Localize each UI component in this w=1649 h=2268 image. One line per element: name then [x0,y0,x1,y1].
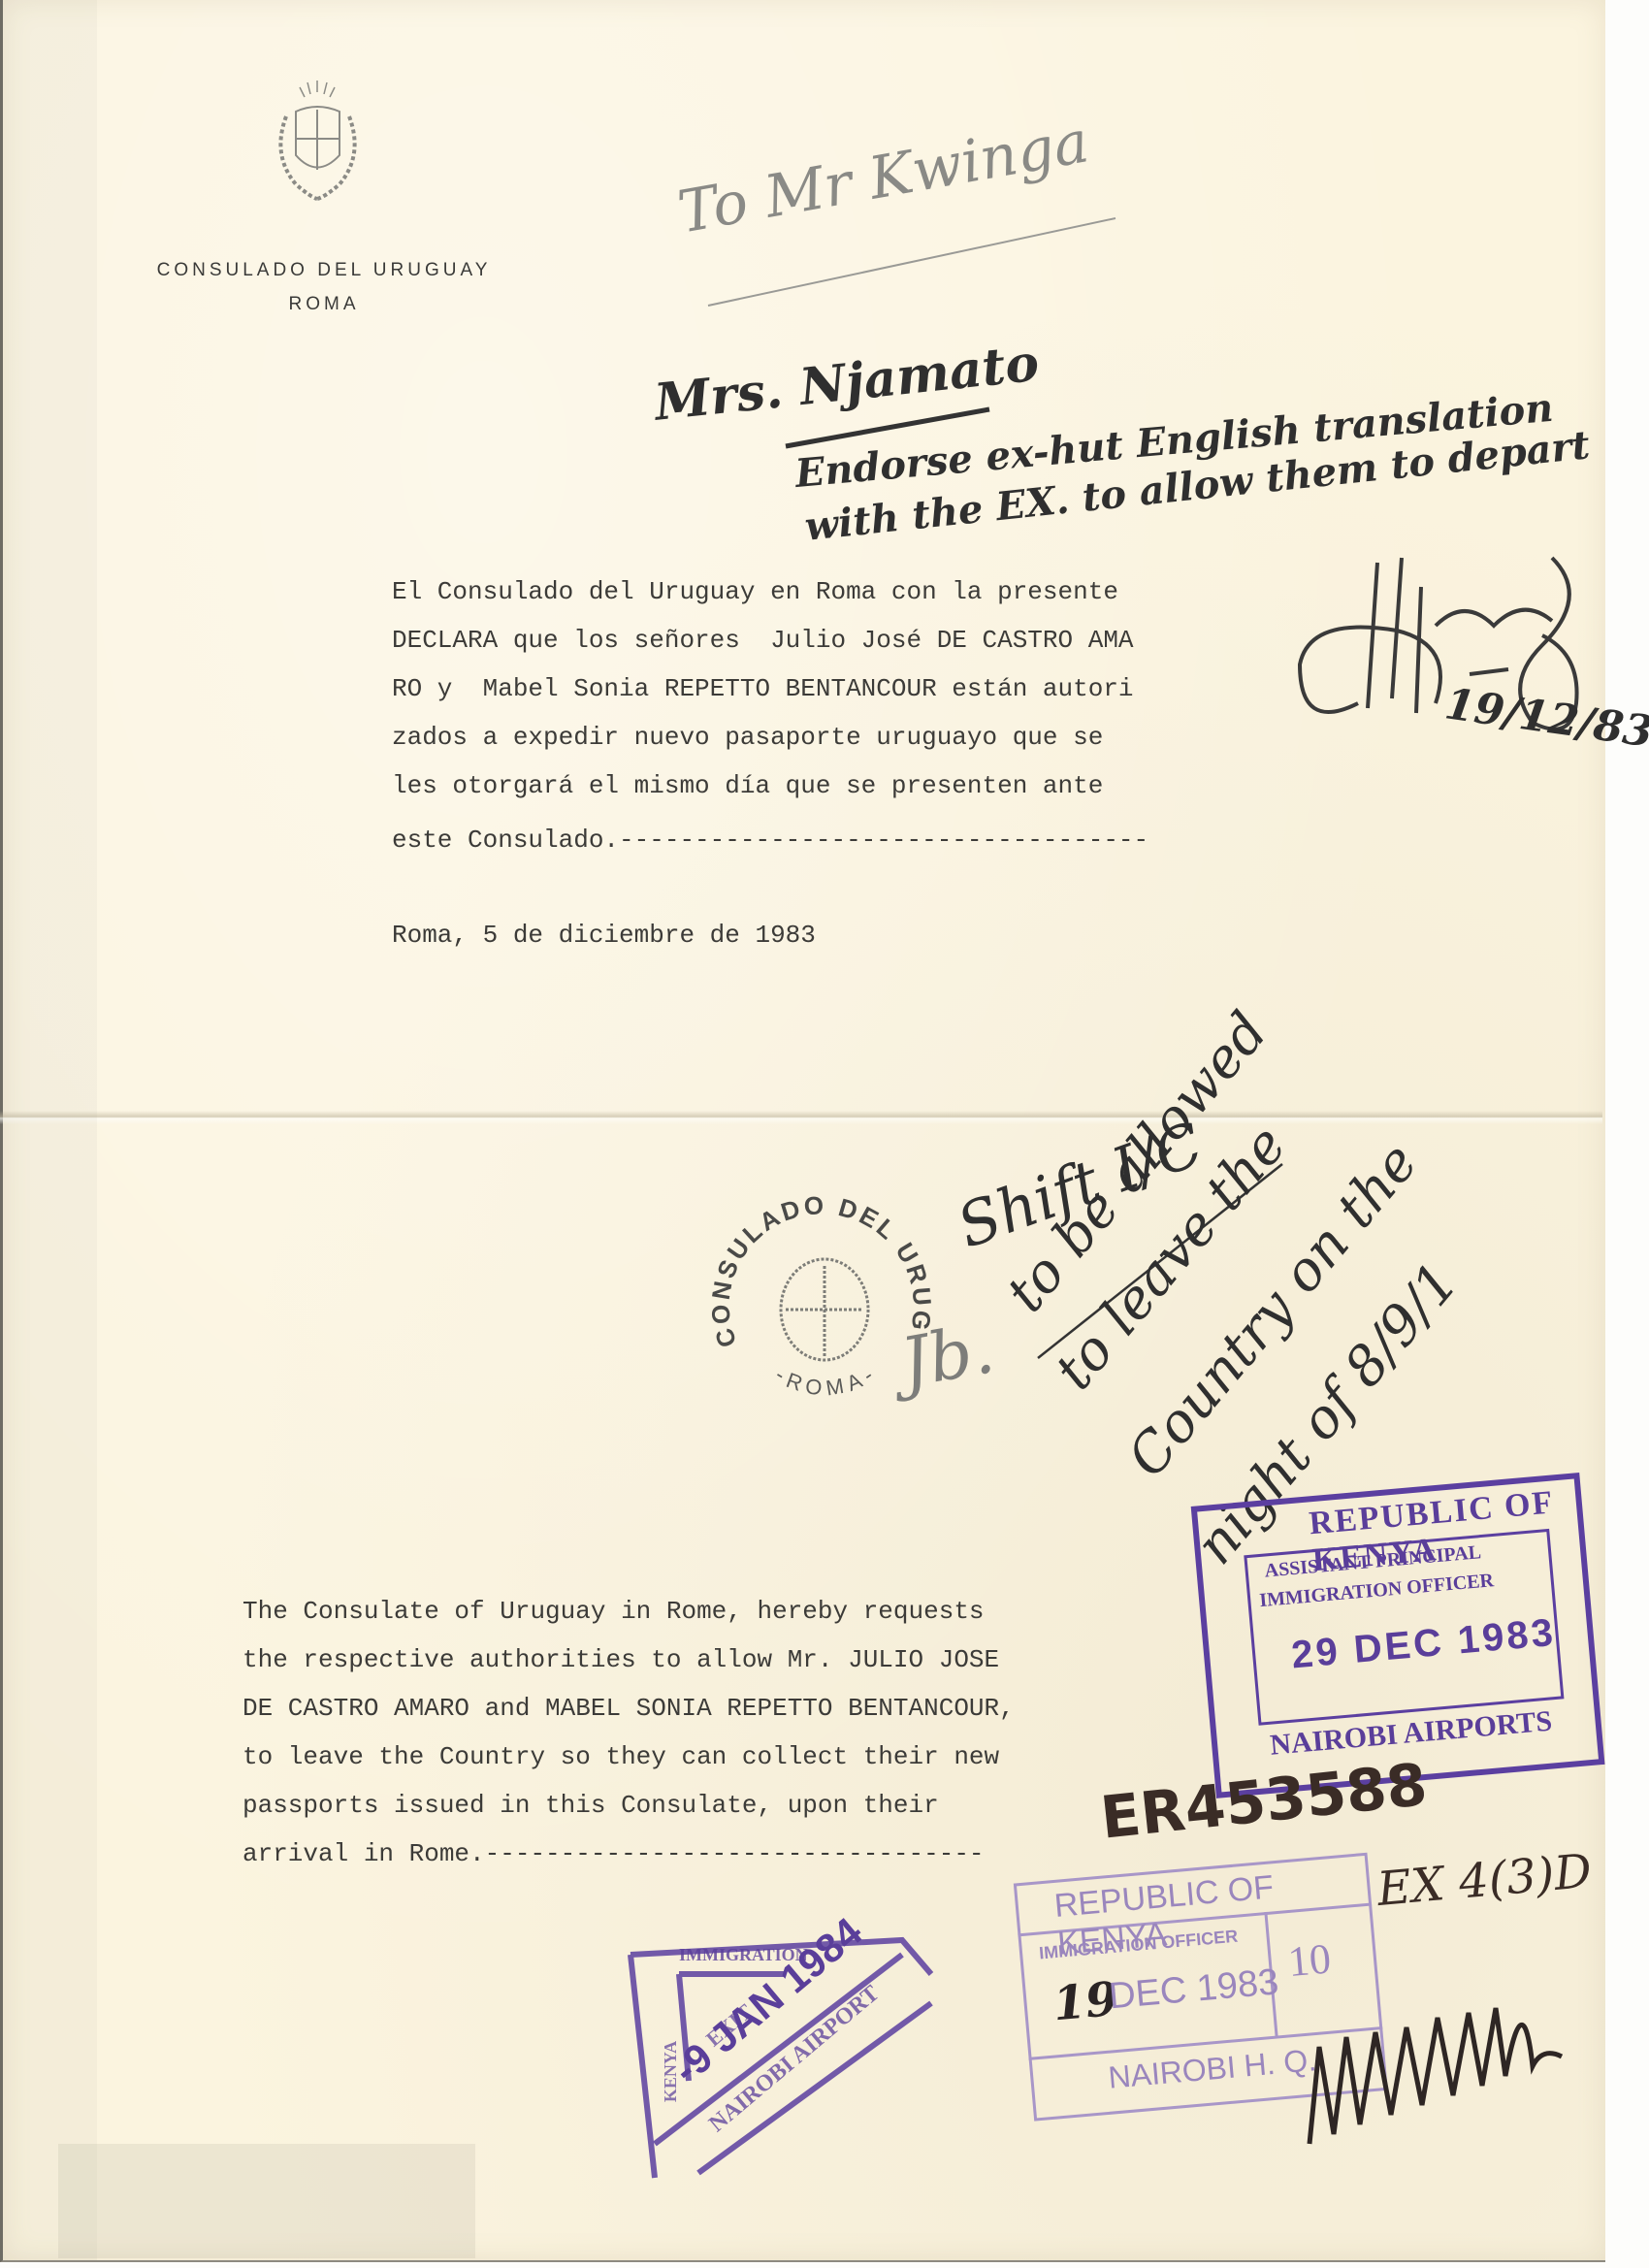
declaration-line: zados a expedir nuevo pasaporte uruguayo… [392,725,1103,750]
letterhead-title: CONSULADO DEL URUGUAY [130,260,518,281]
paper-fold [0,1111,1602,1124]
request-line: to leave the Country so they can collect… [242,1744,999,1769]
declaration-line: RO y Mabel Sonia REPETTO BENTANCOUR está… [392,676,1134,701]
declaration-line: El Consulado del Uruguay en Roma con la … [392,579,1118,604]
left-edge-shadow [0,0,97,2260]
request-line: passports issued in this Consulate, upon… [242,1793,939,1818]
request-line: the respective authorities to allow Mr. … [242,1647,999,1672]
request-line: The Consulate of Uruguay in Rome, hereby… [242,1599,985,1624]
scan-shadow [58,2144,475,2258]
seal-bottom-text: -ROMA- [771,1360,883,1401]
seal-initials: Jb. [895,1309,1000,1403]
letterhead-city: ROMA [130,294,518,315]
nairobi-airports-stamp: REPUBLIC OF KENYA ASSISTANT PRINCIPAL IM… [1191,1473,1603,1797]
exit-stamp: IMMIGRATION KENYA EXIT -9 JAN 1984 NAIRO… [621,1916,941,2187]
pencil-underline [698,209,1125,315]
declaration-line: este Consulado.-------------------------… [392,827,1148,853]
declaration-date: Roma, 5 de diciembre de 1983 [392,923,816,948]
declaration-line: DECLARA que los señores Julio José DE CA… [392,628,1134,653]
request-line: arrival in Rome.------------------------… [242,1841,985,1866]
uruguay-coat-of-arms-icon [257,73,378,218]
svg-text:-ROMA-: -ROMA- [771,1360,883,1401]
declaration-line: les otorgará el mismo día que se present… [392,773,1103,798]
request-line: DE CASTRO AMARO and MABEL SONIA REPETTO … [242,1696,1015,1721]
immigration-officer-signature [1290,1960,1581,2154]
